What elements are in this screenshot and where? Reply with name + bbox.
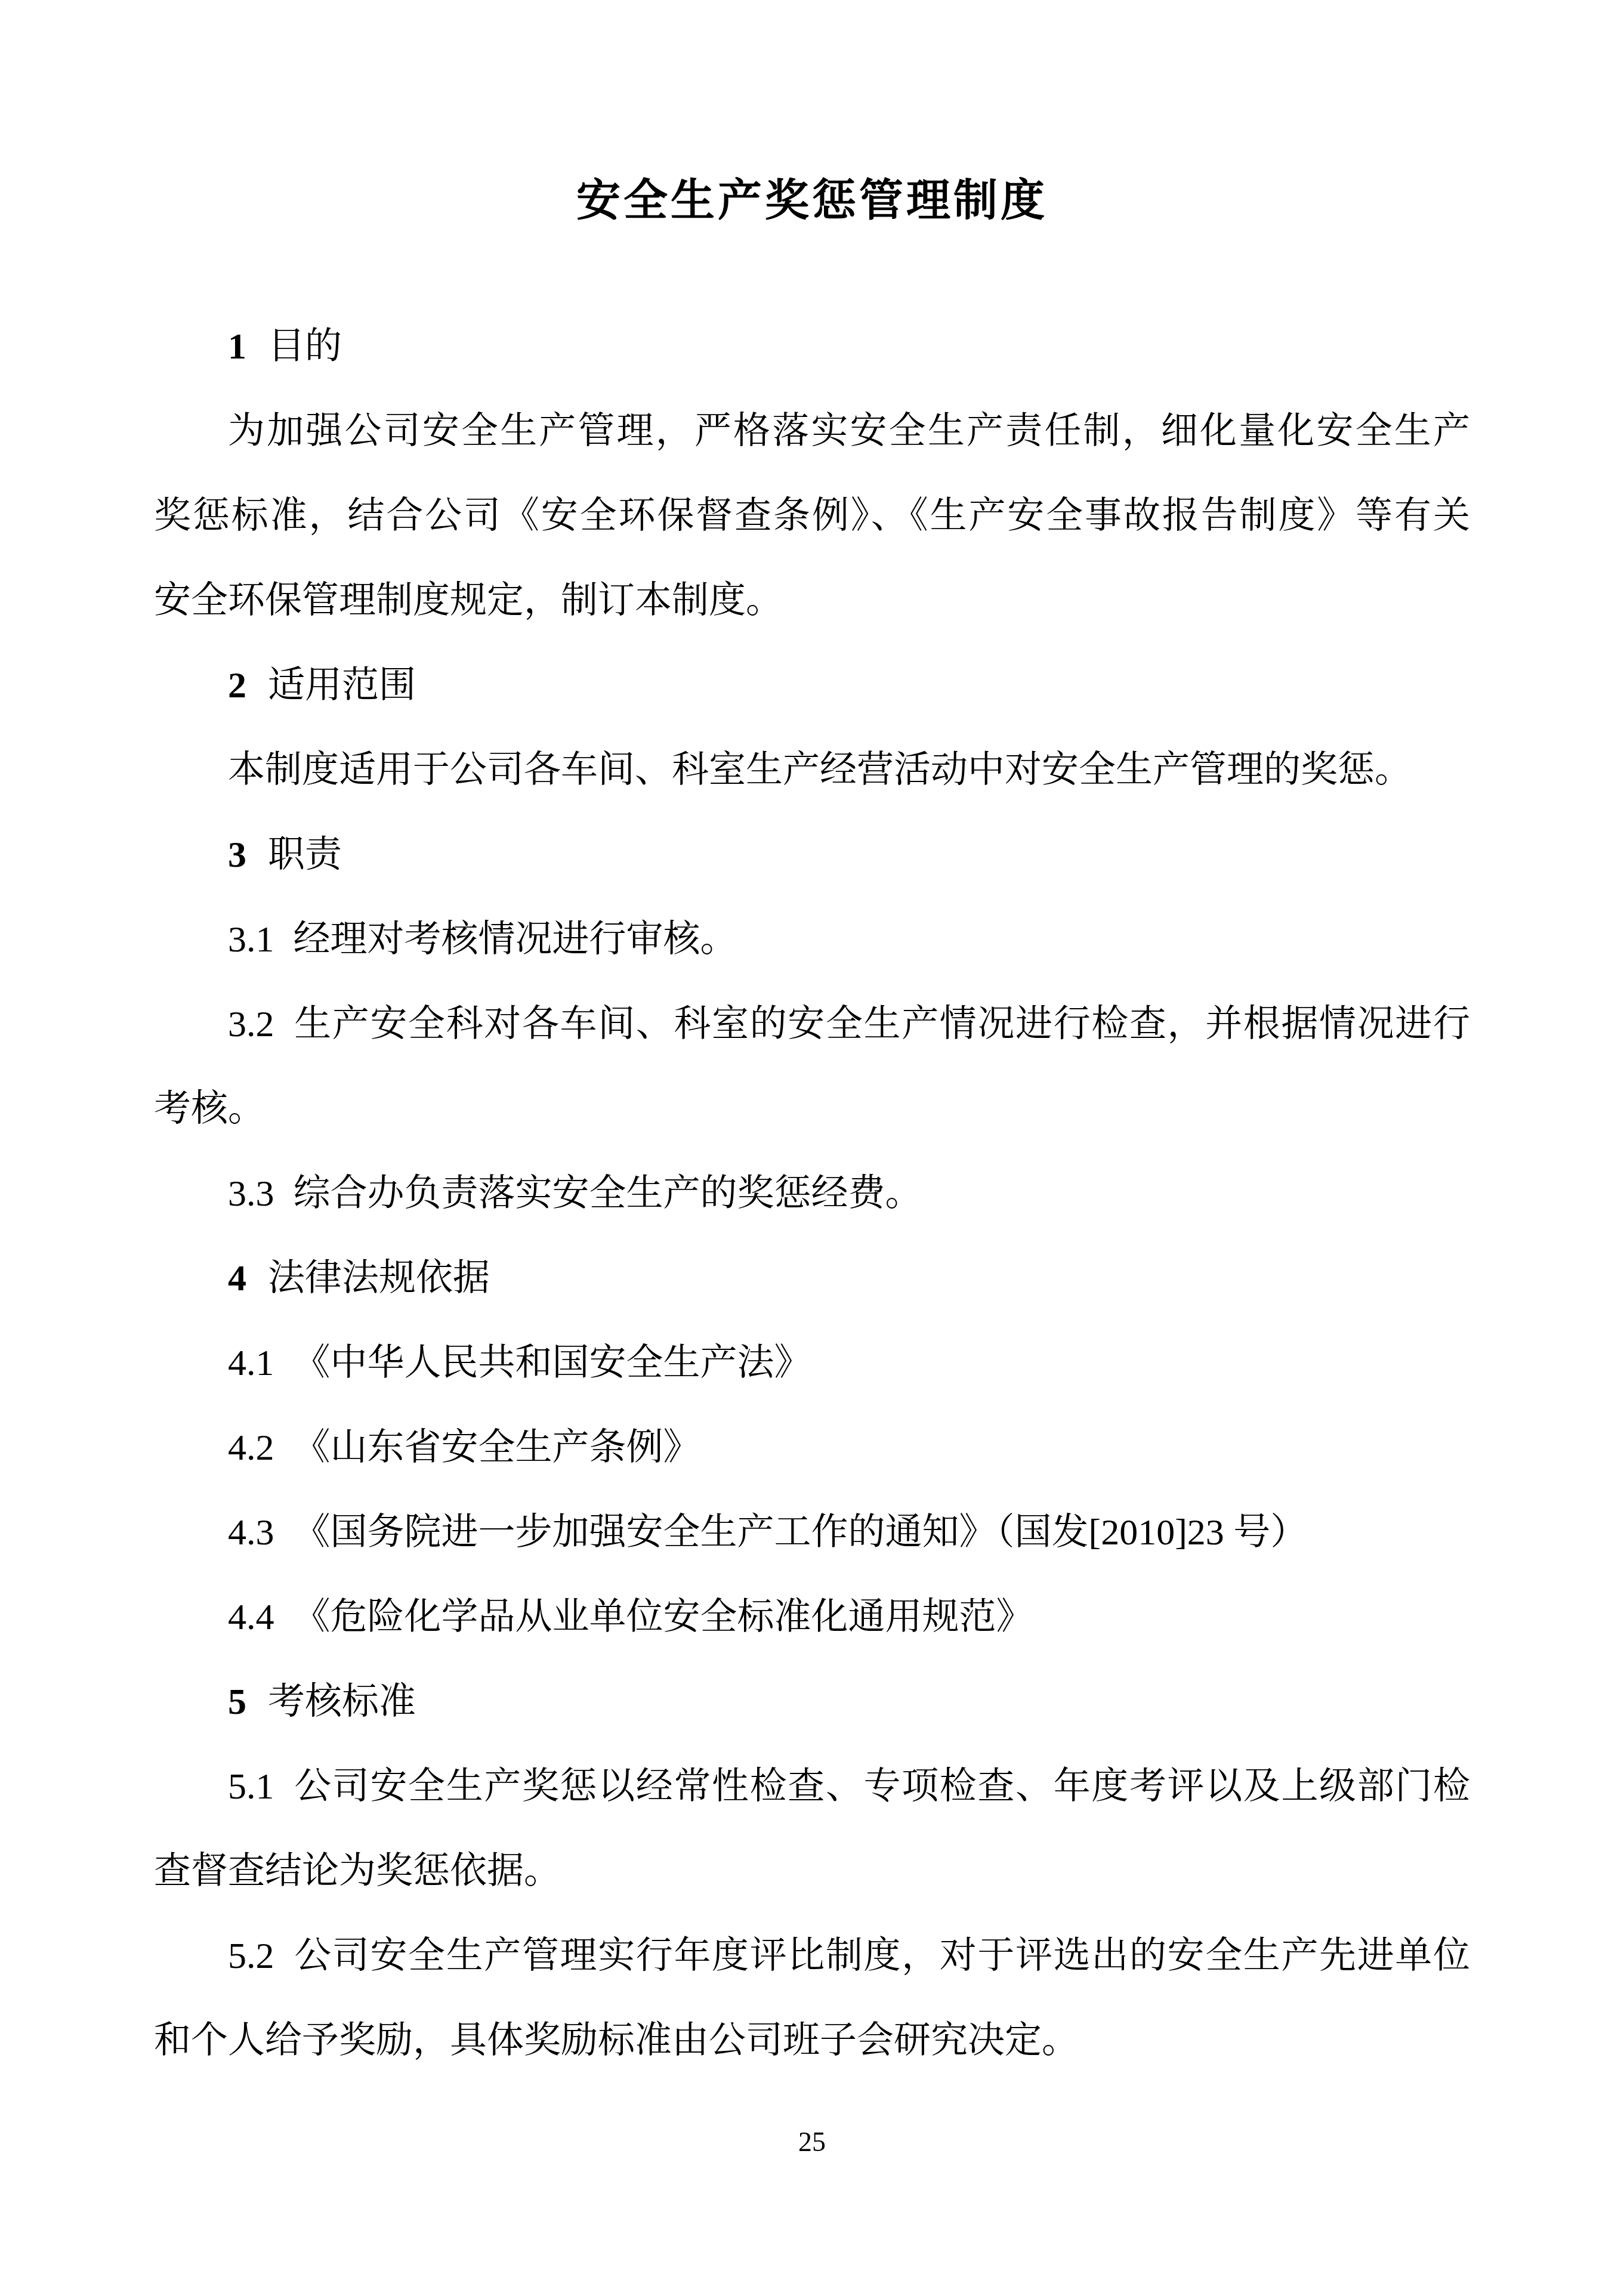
list-item-4-2: 4.2《山东省安全生产条例》: [154, 1405, 1470, 1490]
list-item-4-3-text: 《国务院进一步加强安全生产工作的通知》（国发[2010]23 号）: [294, 1512, 1308, 1553]
paragraph-line: 为加强公司安全生产管理，严格落实安全生产责任制，细化量化安全生产: [154, 389, 1470, 474]
list-item-5-1: 5.1公司安全生产奖惩以经常性检查、专项检查、年度考评以及上级部门检: [154, 1744, 1470, 1829]
list-item-5-2: 5.2公司安全生产管理实行年度评比制度，对于评选出的安全生产先进单位: [154, 1914, 1470, 1998]
list-item-3-2-number: 3.2: [228, 1004, 274, 1045]
section-2-number: 2: [228, 665, 246, 706]
list-item-4-4-number: 4.4: [228, 1597, 274, 1637]
list-item-5-1-number: 5.1: [228, 1766, 274, 1807]
list-item-4-1-number: 4.1: [228, 1343, 274, 1383]
paragraph-line: 本制度适用于公司各车间、科室生产经营活动中对安全生产管理的奖惩。: [154, 728, 1470, 812]
section-4-heading: 4法律法规依据: [154, 1236, 1470, 1321]
list-item-4-3: 4.3《国务院进一步加强安全生产工作的通知》（国发[2010]23 号）: [154, 1490, 1470, 1575]
list-item-4-2-number: 4.2: [228, 1427, 274, 1468]
list-item-5-2-continuation: 和个人给予奖励，具体奖励标准由公司班子会研究决定。: [154, 1998, 1470, 2083]
list-item-5-2-number: 5.2: [228, 1936, 274, 1976]
section-1-number: 1: [228, 326, 246, 367]
page-number: 25: [0, 2124, 1624, 2161]
list-item-4-4: 4.4《危险化学品从业单位安全标准化通用规范》: [154, 1575, 1470, 1660]
section-2-heading: 2适用范围: [154, 643, 1470, 728]
list-item-5-1-text: 公司安全生产奖惩以经常性检查、专项检查、年度考评以及上级部门检: [294, 1766, 1471, 1807]
list-item-3-3-text: 综合办负责落实安全生产的奖惩经费。: [294, 1173, 922, 1214]
section-3-label: 职责: [268, 835, 342, 875]
list-item-4-4-text: 《危险化学品从业单位安全标准化通用规范》: [294, 1597, 1033, 1637]
section-3-number: 3: [228, 835, 246, 875]
list-item-3-2-text: 生产安全科对各车间、科室的安全生产情况进行检查，并根据情况进行: [294, 1004, 1471, 1045]
section-3-heading: 3职责: [154, 812, 1470, 897]
paragraph-line: 奖惩标准，结合公司《安全环保督查条例》、《生产安全事故报告制度》等有关: [154, 474, 1470, 558]
list-item-4-2-text: 《山东省安全生产条例》: [294, 1427, 700, 1468]
section-5-label: 考核标准: [268, 1682, 416, 1722]
section-1-heading: 1目的: [154, 304, 1470, 389]
list-item-3-3: 3.3综合办负责落实安全生产的奖惩经费。: [154, 1151, 1470, 1236]
paragraph-line: 安全环保管理制度规定，制订本制度。: [154, 558, 1470, 643]
section-5-number: 5: [228, 1682, 246, 1722]
document-title: 安全生产奖惩管理制度: [154, 159, 1470, 243]
document-page: 安全生产奖惩管理制度 1目的 为加强公司安全生产管理，严格落实安全生产责任制，细…: [0, 0, 1624, 2296]
list-item-3-1-text: 经理对考核情况进行审核。: [294, 919, 737, 960]
list-item-3-1: 3.1经理对考核情况进行审核。: [154, 897, 1470, 982]
section-4-number: 4: [228, 1258, 246, 1299]
section-5-heading: 5考核标准: [154, 1660, 1470, 1744]
list-item-3-2-continuation: 考核。: [154, 1067, 1470, 1151]
list-item-4-3-number: 4.3: [228, 1512, 274, 1553]
list-item-5-1-continuation: 查督查结论为奖惩依据。: [154, 1829, 1470, 1914]
section-1-label: 目的: [268, 326, 342, 367]
list-item-5-2-text: 公司安全生产管理实行年度评比制度，对于评选出的安全生产先进单位: [294, 1936, 1471, 1976]
list-item-4-1-text: 《中华人民共和国安全生产法》: [294, 1343, 811, 1383]
list-item-4-1: 4.1《中华人民共和国安全生产法》: [154, 1321, 1470, 1405]
section-4-label: 法律法规依据: [268, 1258, 490, 1299]
list-item-3-2: 3.2生产安全科对各车间、科室的安全生产情况进行检查，并根据情况进行: [154, 982, 1470, 1067]
list-item-3-1-number: 3.1: [228, 919, 274, 960]
section-2-label: 适用范围: [268, 665, 416, 706]
list-item-3-3-number: 3.3: [228, 1173, 274, 1214]
